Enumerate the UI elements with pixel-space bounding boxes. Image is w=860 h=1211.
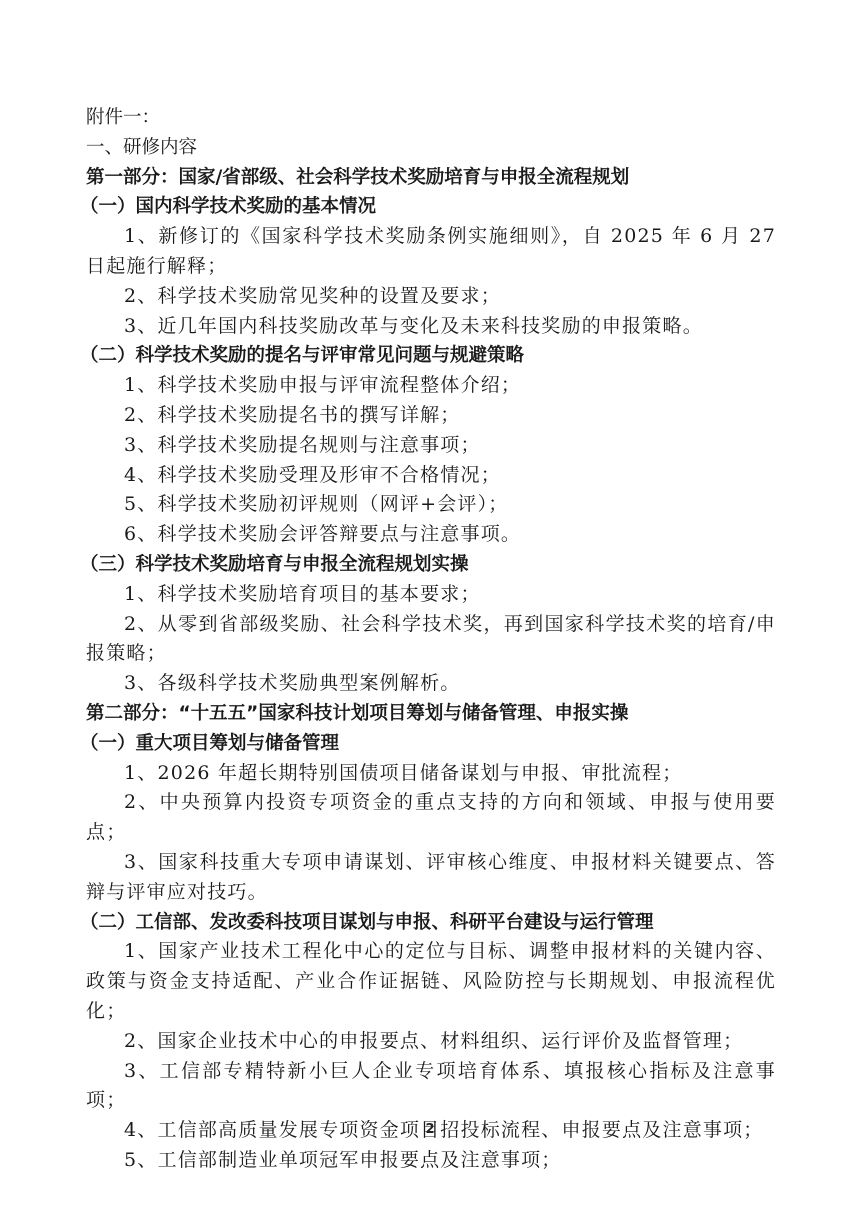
- list-item: 1、科学技术奖励培育项目的基本要求；: [86, 580, 776, 610]
- list-item: 2、科学技术奖励常见奖种的设置及要求；: [86, 282, 776, 312]
- list-item: 3、近几年国内科技奖励改革与变化及未来科技奖励的申报策略。: [86, 312, 776, 342]
- list-item: 1、科学技术奖励申报与评审流程整体介绍；: [86, 371, 776, 401]
- list-item: 1、2026 年超长期特别国债项目储备谋划与申报、审批流程；: [86, 759, 776, 789]
- part-2-subsection-1-title: （一）重大项目筹划与储备管理: [80, 729, 776, 759]
- list-item: 3、各级科学技术奖励典型案例解析。: [86, 669, 776, 699]
- part-1-subsection-1-title: （一）国内科学技术奖励的基本情况: [80, 192, 776, 222]
- list-item: 5、科学技术奖励初评规则（网评+会评）；: [86, 490, 776, 520]
- list-item: 3、国家科技重大专项申请谋划、评审核心维度、申报材料关键要点、答辩与评审应对技巧…: [86, 848, 776, 908]
- list-item: 5、工信部制造业单项冠军申报要点及注意事项；: [86, 1146, 776, 1176]
- list-item: 4、科学技术奖励受理及形审不合格情况；: [86, 461, 776, 491]
- part-2-subsection-2-title: （二）工信部、发改委科技项目谋划与申报、科研平台建设与运行管理: [80, 908, 776, 938]
- list-item: 3、科学技术奖励提名规则与注意事项；: [86, 431, 776, 461]
- document-page: 附件一： 一、研修内容 第一部分：国家/省部级、社会科学技术奖励培育与申报全流程…: [86, 103, 776, 1176]
- list-item: 2、中央预算内投资专项资金的重点支持的方向和领域、申报与使用要点；: [86, 788, 776, 848]
- list-item: 2、国家企业技术中心的申报要点、材料组织、运行评价及监督管理；: [86, 1027, 776, 1057]
- list-item: 2、科学技术奖励提名书的撰写详解；: [86, 401, 776, 431]
- list-item: 1、国家产业技术工程化中心的定位与目标、调整申报材料的关键内容、政策与资金支持适…: [86, 937, 776, 1026]
- page-number: 2: [0, 1122, 860, 1137]
- part-1-subsection-3-title: （三）科学技术奖励培育与申报全流程规划实操: [80, 550, 776, 580]
- list-item: 2、从零到省部级奖励、社会科学技术奖，再到国家科学技术奖的培育/申报策略；: [86, 610, 776, 670]
- section-title: 一、研修内容: [86, 133, 776, 163]
- list-item: 6、科学技术奖励会评答辩要点与注意事项。: [86, 520, 776, 550]
- part-1-subsection-2-title: （二）科学技术奖励的提名与评审常见问题与规避策略: [80, 341, 776, 371]
- part-1-title: 第一部分：国家/省部级、社会科学技术奖励培育与申报全流程规划: [86, 163, 776, 193]
- attachment-label: 附件一：: [86, 103, 776, 133]
- list-item: 1、新修订的《国家科学技术奖励条例实施细则》，自 2025 年 6 月 27 日…: [86, 222, 776, 282]
- part-2-title: 第二部分：“十五五”国家科技计划项目筹划与储备管理、申报实操: [86, 699, 776, 729]
- list-item: 3、工信部专精特新小巨人企业专项培育体系、填报核心指标及注意事项；: [86, 1057, 776, 1117]
